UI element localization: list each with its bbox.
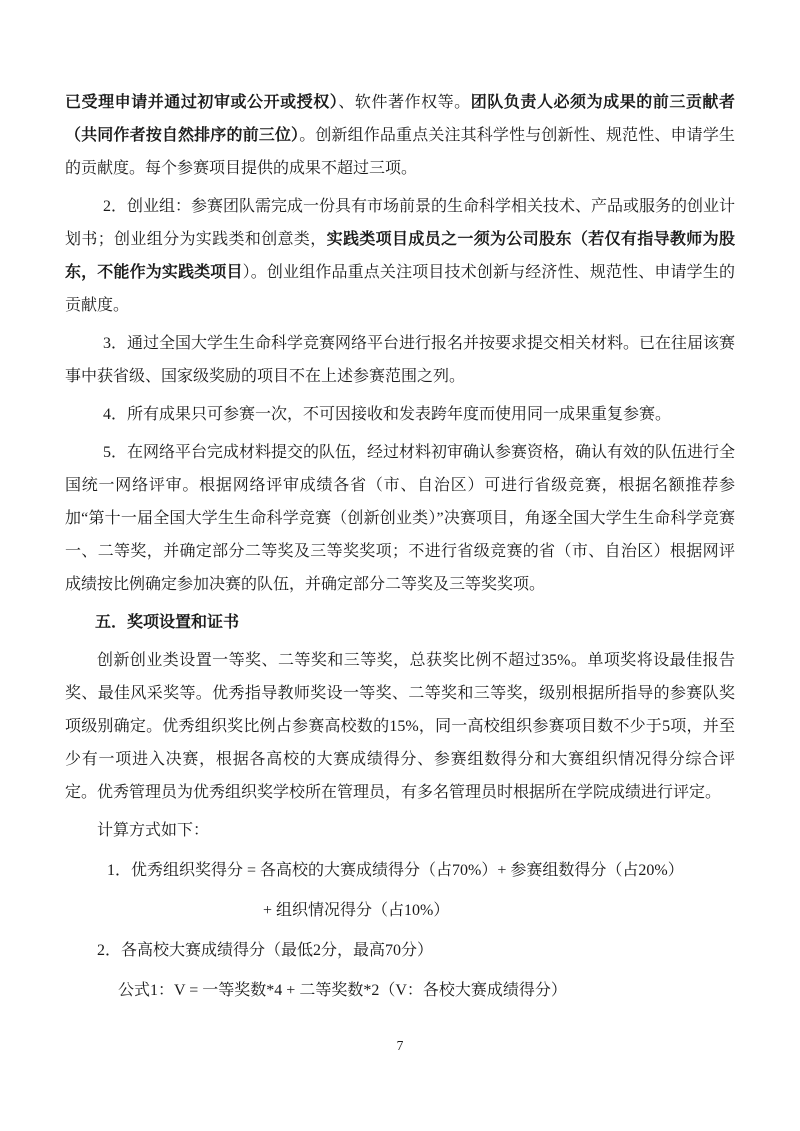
bold-run: 已受理申请并通过初审或公开或授权） [65, 94, 338, 111]
document-page: 已受理申请并通过初审或公开或授权）、软件著作权等。团队负责人必须为成果的前三贡献… [0, 0, 800, 1131]
page-number: 7 [0, 1038, 800, 1054]
paragraph-awards-setup: 创新创业类设置一等奖、二等奖和三等奖，总获奖比例不超过35%。单项奖将设最佳报告… [65, 644, 735, 809]
paragraph-entrepreneurship-group: 2．创业组：参赛团队需完成一份具有市场前景的生命科学相关技术、产品或服务的创业计… [65, 190, 735, 322]
section-heading-awards-and-certificates: 五．奖项设置和证书 [65, 606, 735, 639]
paragraph-achievement-requirements: 已受理申请并通过初审或公开或授权）、软件著作权等。团队负责人必须为成果的前三贡献… [65, 86, 735, 185]
formula-school-competition-score: 2．各高校大赛成绩得分（最低2分，最高70分） [65, 934, 735, 967]
paragraph-calculation-intro: 计算方式如下： [65, 814, 735, 847]
formula-org-award-score-line2: + 组织情况得分（占10%） [65, 894, 735, 927]
formula-v-definition: 公式1：V = 一等奖数*4 + 二等奖数*2（V：各校大赛成绩得分） [65, 974, 735, 1007]
page-content: 已受理申请并通过初审或公开或授权）、软件著作权等。团队负责人必须为成果的前三贡献… [0, 0, 800, 1007]
paragraph-review-and-finals: 5．在网络平台完成材料提交的队伍，经过材料初审确认参赛资格，确认有效的队伍进行全… [65, 436, 735, 601]
paragraph-single-entry: 4．所有成果只可参赛一次，不可因接收和发表跨年度而使用同一成果重复参赛。 [65, 398, 735, 431]
formula-org-award-score-line1: 1．优秀组织奖得分 = 各高校的大赛成绩得分（占70%）+ 参赛组数得分（占20… [65, 854, 735, 887]
paragraph-registration: 3．通过全国大学生生命科学竞赛网络平台进行报名并按要求提交相关材料。已在往届该赛… [65, 327, 735, 393]
text-run: 、软件著作权等。 [338, 94, 470, 111]
